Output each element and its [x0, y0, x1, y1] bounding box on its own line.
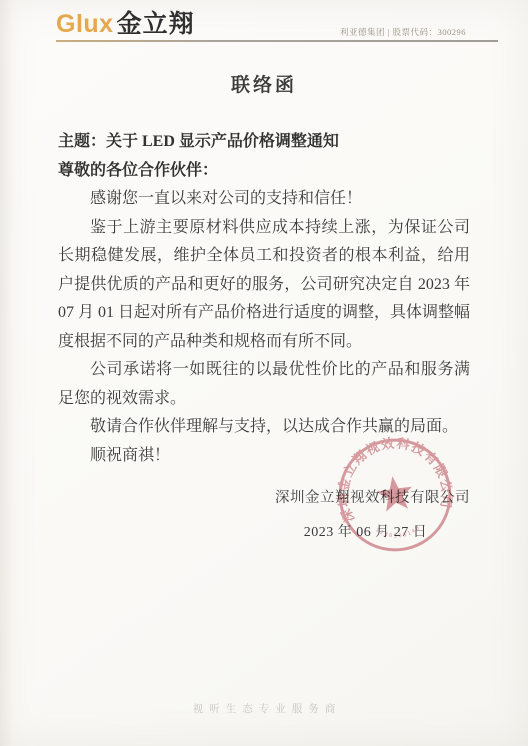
paragraph-regards: 顺祝商祺！ [58, 442, 470, 471]
signature-date: 2023 年 06 月 27 日 [275, 521, 456, 541]
signature-company: 深圳金立翔视效科技有限公司 [275, 486, 470, 507]
header-divider [56, 40, 498, 42]
paragraph-price-adjustment: 鉴于上游主要原材料供应成本持续上涨，为保证公司长期稳健发展，维护全体员工和投资者… [58, 214, 470, 357]
paragraph-commitment: 公司承诺将一如既往的以最优性价比的产品和服务满足您的视效需求。 [58, 356, 470, 413]
salutation-line: 尊敬的各位合作伙伴： [58, 157, 470, 186]
logo-cn-text: 金立翔 [117, 10, 195, 38]
company-logo: Glux金立翔 [56, 10, 195, 38]
letter-page: Glux金立翔 利亚德集团 | 股票代码：300296 联络函 主题：关于 LE… [0, 0, 528, 746]
footer-slogan: 视听生态专业服务商 [0, 701, 528, 716]
subject-line: 主题：关于 LED 显示产品价格调整通知 [58, 128, 470, 157]
document-title: 联络函 [0, 70, 528, 97]
scan-shadow [0, 0, 14, 746]
paragraph-thanks: 感谢您一直以来对公司的支持和信任！ [58, 185, 470, 214]
group-stock-info: 利亚德集团 | 股票代码：300296 [340, 26, 466, 38]
logo-glux-text: Glux [56, 10, 114, 38]
signature-block: 深圳金立翔视效科技有限公司 2023 年 06 月 27 日 [275, 486, 470, 541]
paragraph-request: 敬请合作伙伴理解与支持，以达成合作共赢的局面。 [58, 413, 470, 442]
letter-body: 主题：关于 LED 显示产品价格调整通知 尊敬的各位合作伙伴： 感谢您一直以来对… [58, 128, 470, 470]
